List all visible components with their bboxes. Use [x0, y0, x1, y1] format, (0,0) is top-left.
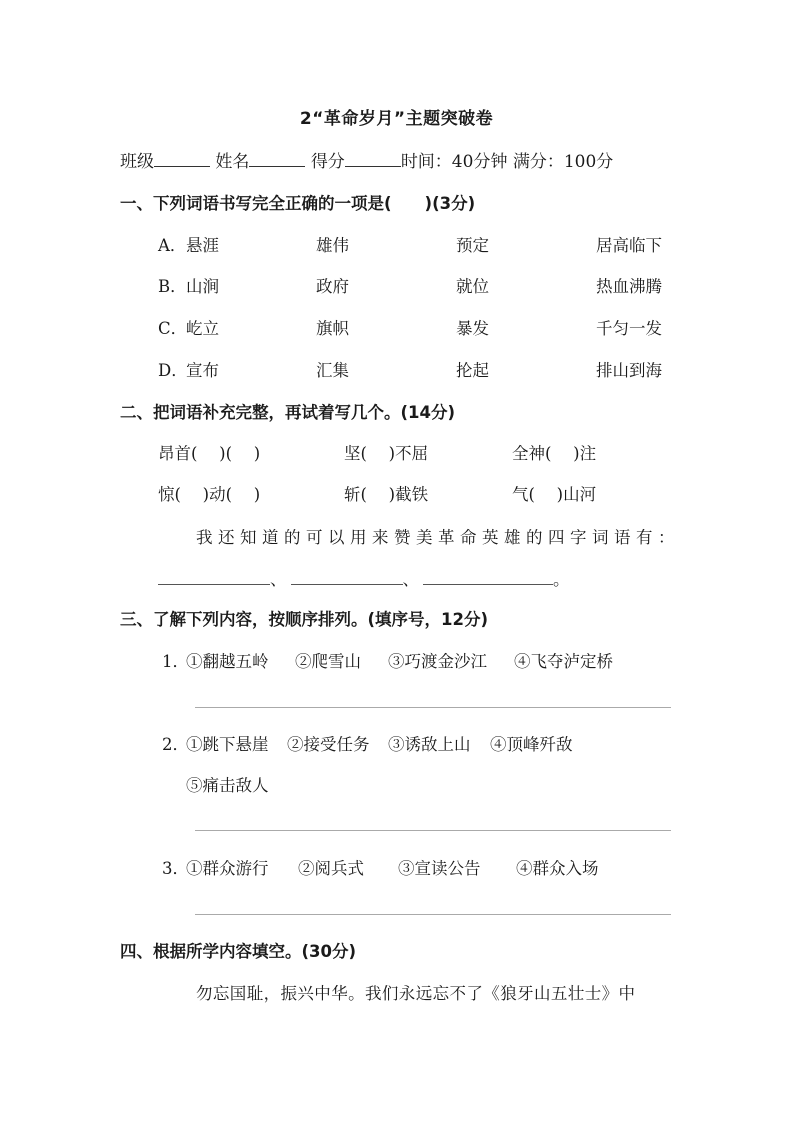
fill-phrase[interactable]: 全神( )注	[512, 440, 596, 464]
page-title: 2“革命岁月”主题突破卷	[0, 104, 793, 129]
section-2-heading: 二、把词语补充完整，再试着写几个。(14分)	[120, 399, 455, 423]
option-label: D．	[158, 357, 188, 381]
full-score-info: 满分：100分	[513, 152, 613, 172]
order-item-2: 2． ①跳下悬崖 ②接受任务 ③诱敌上山 ④顶峰歼敌	[0, 731, 793, 753]
answer-blank-3[interactable]	[423, 568, 553, 585]
option-word: 旗帜	[316, 315, 349, 339]
option-word: 暴发	[456, 315, 489, 339]
item-number: 3．	[162, 855, 189, 879]
time-info: 时间：40分钟	[401, 152, 508, 172]
section-1-heading: 一、下列词语书写完全正确的一项是( )(3分)	[120, 190, 475, 214]
option-word: 就位	[456, 273, 489, 297]
event: ②阅兵式	[298, 855, 364, 879]
item-number: 1．	[162, 648, 189, 672]
score-label: 得分	[311, 152, 345, 172]
option-word: 汇集	[316, 357, 349, 381]
fill-row-2: 惊( )动( ) 斩( )截铁 气( )山河	[0, 481, 793, 503]
event: ④飞夺泸定桥	[514, 648, 613, 672]
option-word: 热血沸腾	[596, 273, 662, 297]
event: ①跳下悬崖	[186, 731, 269, 755]
class-label: 班级	[120, 152, 154, 172]
event: ②接受任务	[287, 731, 370, 755]
option-word: 宣布	[186, 357, 219, 381]
event: ③巧渡金沙江	[388, 648, 487, 672]
option-word: 抡起	[456, 357, 489, 381]
option-b[interactable]: B． 山涧 政府 就位 热血沸腾	[0, 273, 793, 295]
item-number: 2．	[162, 731, 189, 755]
section-4-text: 勿忘国耻，振兴中华。我们永远忘不了《狼牙山五壮士》中	[196, 980, 635, 1004]
option-word: 雄伟	[316, 232, 349, 256]
separator: 、	[270, 570, 287, 589]
answer-blank-1[interactable]	[158, 568, 270, 585]
name-blank[interactable]	[249, 152, 305, 167]
option-label: C．	[158, 315, 187, 339]
option-word: 排山到海	[596, 357, 662, 381]
answer-line-3[interactable]	[195, 914, 671, 915]
fill-phrase[interactable]: 坚( )不屈	[344, 440, 428, 464]
event: ③宣读公告	[398, 855, 481, 879]
order-item-1: 1． ①翻越五岭 ②爬雪山 ③巧渡金沙江 ④飞夺泸定桥	[0, 648, 793, 670]
option-c[interactable]: C． 屹立 旗帜 暴发 千匀一发	[0, 315, 793, 337]
order-item-3: 3． ①群众游行 ②阅兵式 ③宣读公告 ④群众入场	[0, 855, 793, 877]
name-label: 姓名	[215, 152, 249, 172]
event: ①翻越五岭	[186, 648, 269, 672]
option-label: A．	[158, 232, 186, 256]
fill-phrase[interactable]: 斩( )截铁	[344, 481, 428, 505]
order-item-2-cont: ⑤痛击敌人	[186, 772, 269, 796]
event: ④顶峰歼敌	[490, 731, 573, 755]
option-word: 居高临下	[596, 232, 662, 256]
class-blank[interactable]	[154, 152, 210, 167]
option-word: 屹立	[186, 315, 219, 339]
option-word: 山涧	[186, 273, 219, 297]
event: ④群众入场	[516, 855, 599, 879]
option-label: B．	[158, 273, 187, 297]
section-4-heading: 四、根据所学内容填空。(30分)	[120, 938, 356, 962]
option-d[interactable]: D． 宣布 汇集 抡起 排山到海	[0, 357, 793, 379]
answer-blank-2[interactable]	[291, 568, 403, 585]
hero-words-prompt: 我还知道的可以用来赞美革命英雄的四字词语有：	[196, 524, 680, 548]
option-word: 政府	[316, 273, 349, 297]
fill-phrase[interactable]: 惊( )动( )	[158, 481, 260, 505]
event: ③诱敌上山	[388, 731, 471, 755]
separator: 、	[403, 570, 420, 589]
fill-phrase[interactable]: 昂首( )( )	[158, 440, 260, 464]
event: ①群众游行	[186, 855, 269, 879]
option-word: 预定	[456, 232, 489, 256]
option-a[interactable]: A． 悬涯 雄伟 预定 居高临下	[0, 232, 793, 254]
hero-words-blanks: 、、。	[158, 566, 570, 590]
fill-row-1: 昂首( )( ) 坚( )不屈 全神( )注	[0, 440, 793, 462]
period: 。	[553, 570, 570, 589]
event: ②爬雪山	[295, 648, 361, 672]
score-blank[interactable]	[345, 152, 401, 167]
header-info: 班级 姓名 得分时间：40分钟 满分：100分	[120, 147, 613, 172]
option-word: 千匀一发	[596, 315, 662, 339]
section-3-heading: 三、了解下列内容，按顺序排列。(填序号，12分)	[120, 606, 488, 630]
answer-line-1[interactable]	[195, 707, 671, 708]
answer-line-2[interactable]	[195, 830, 671, 831]
option-word: 悬涯	[186, 232, 219, 256]
fill-phrase[interactable]: 气( )山河	[512, 481, 596, 505]
